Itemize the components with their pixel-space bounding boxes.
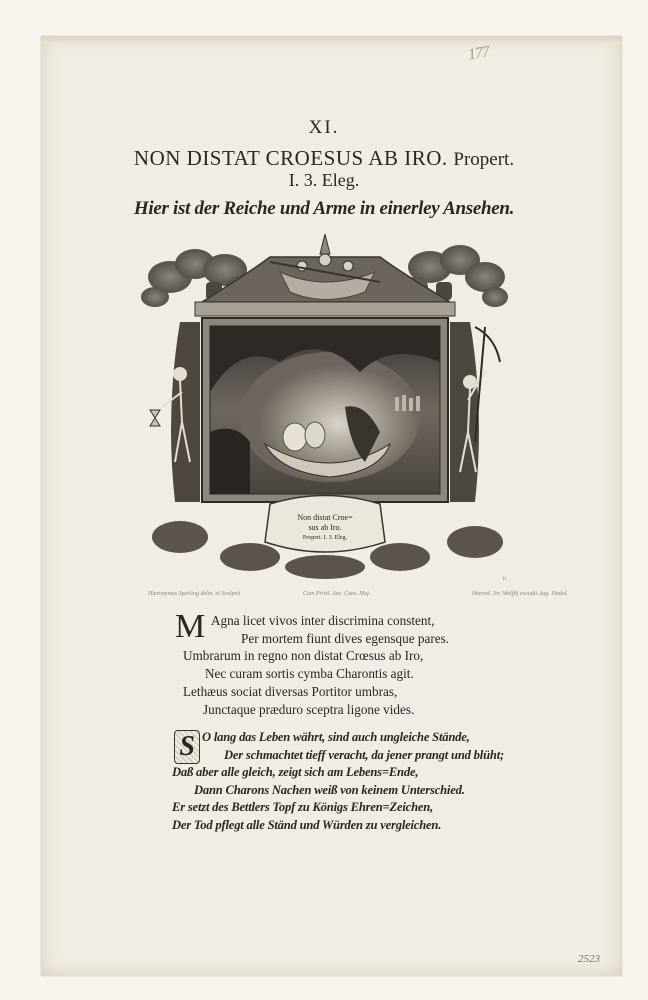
german-verse-line: Der schmachtet tieff veracht, da jener p… xyxy=(172,747,504,765)
credit-privilege: Cum Privil. Sac. Caes. Maj. xyxy=(303,591,370,597)
cartouche-line-3: Propert. I. 3. Eleg. xyxy=(303,535,348,541)
german-title: Hier ist der Reiche und Arme in einerley… xyxy=(0,198,648,220)
latin-verse-line: Junctaque præduro sceptra ligone vides. xyxy=(183,701,449,719)
engraving-illustration: Non distat Croe= sus ab Iro. Propert. I.… xyxy=(140,232,510,582)
papal-tiara-icon xyxy=(320,234,330,254)
latin-verse-line: Umbrarum in regno non distat Crœsus ab I… xyxy=(183,647,449,665)
plate-number: XI. xyxy=(0,117,648,139)
skull-crown-icon xyxy=(297,261,307,271)
latin-verse: M Agna licet vivos inter discrimina cons… xyxy=(183,612,449,718)
pencil-inventory-mark-bottom: 2523 xyxy=(578,953,600,965)
latin-verse-line: Agna licet vivos inter discrimina conste… xyxy=(183,612,449,630)
german-verse-line: Daß aber alle gleich, zeigt sich am Lebe… xyxy=(172,764,504,782)
scythe-blade-icon xyxy=(475,327,500,362)
engraving-vignette: Non distat Croe= sus ab Iro. Propert. I.… xyxy=(140,232,510,582)
pencil-inventory-mark-top: 177 xyxy=(467,43,491,64)
latin-title-text: NON DISTAT CROESUS AB IRO. xyxy=(134,146,448,170)
figure-rich-man xyxy=(283,423,307,451)
skull-tiara-icon xyxy=(319,254,331,266)
hourglass-icon xyxy=(150,410,160,426)
title-reference: I. 3. Eleg. xyxy=(0,170,648,191)
german-verse-line: Er setzt des Bettlers Topf zu Königs Ehr… xyxy=(172,799,504,817)
rock-foreground xyxy=(210,429,250,494)
sheet-top-edge xyxy=(41,36,622,44)
latin-title: NON DISTAT CROESUS AB IRO. Propert. xyxy=(0,146,648,171)
cartouche-line-2: sus ab Iro. xyxy=(308,523,341,532)
latin-verse-line: Lethæus sociat diversas Portitor umbras, xyxy=(183,683,449,701)
german-verse-line: Der Tod pflegt alle Ständ und Würden zu … xyxy=(172,817,504,835)
german-verse-line: Dann Charons Nachen weiß von keinem Unte… xyxy=(172,782,504,800)
dropcap-s-ornamental: S xyxy=(174,730,200,764)
engraver-credits: Hieronymus Sperling delin. et Sculpsit C… xyxy=(148,591,568,601)
cartouche-line-1: Non distat Croe= xyxy=(297,513,353,522)
latin-title-citation: Propert. xyxy=(453,149,514,170)
entablature xyxy=(195,302,455,316)
latin-verse-line: Nec curam sortis cymba Charontis agit. xyxy=(183,665,449,683)
german-verse: S O lang das Leben währt, sind auch ungl… xyxy=(172,729,504,835)
latin-verse-line: Per mortem fiunt dives egensque pares. xyxy=(183,630,449,648)
credit-publisher: Haered. Jer. Wolffij excudit Aug. Vindel… xyxy=(472,591,568,597)
skull-mitre-icon xyxy=(343,261,353,271)
german-verse-line: O lang das Leben währt, sind auch unglei… xyxy=(172,729,504,747)
plate-mark-number: 11 xyxy=(502,577,507,582)
figure-poor-man xyxy=(305,422,325,448)
dropcap-m: M xyxy=(175,610,205,644)
drapery-left xyxy=(171,322,200,502)
drapery-right xyxy=(450,322,479,502)
credit-engraver: Hieronymus Sperling delin. et Sculpsit xyxy=(148,591,240,597)
